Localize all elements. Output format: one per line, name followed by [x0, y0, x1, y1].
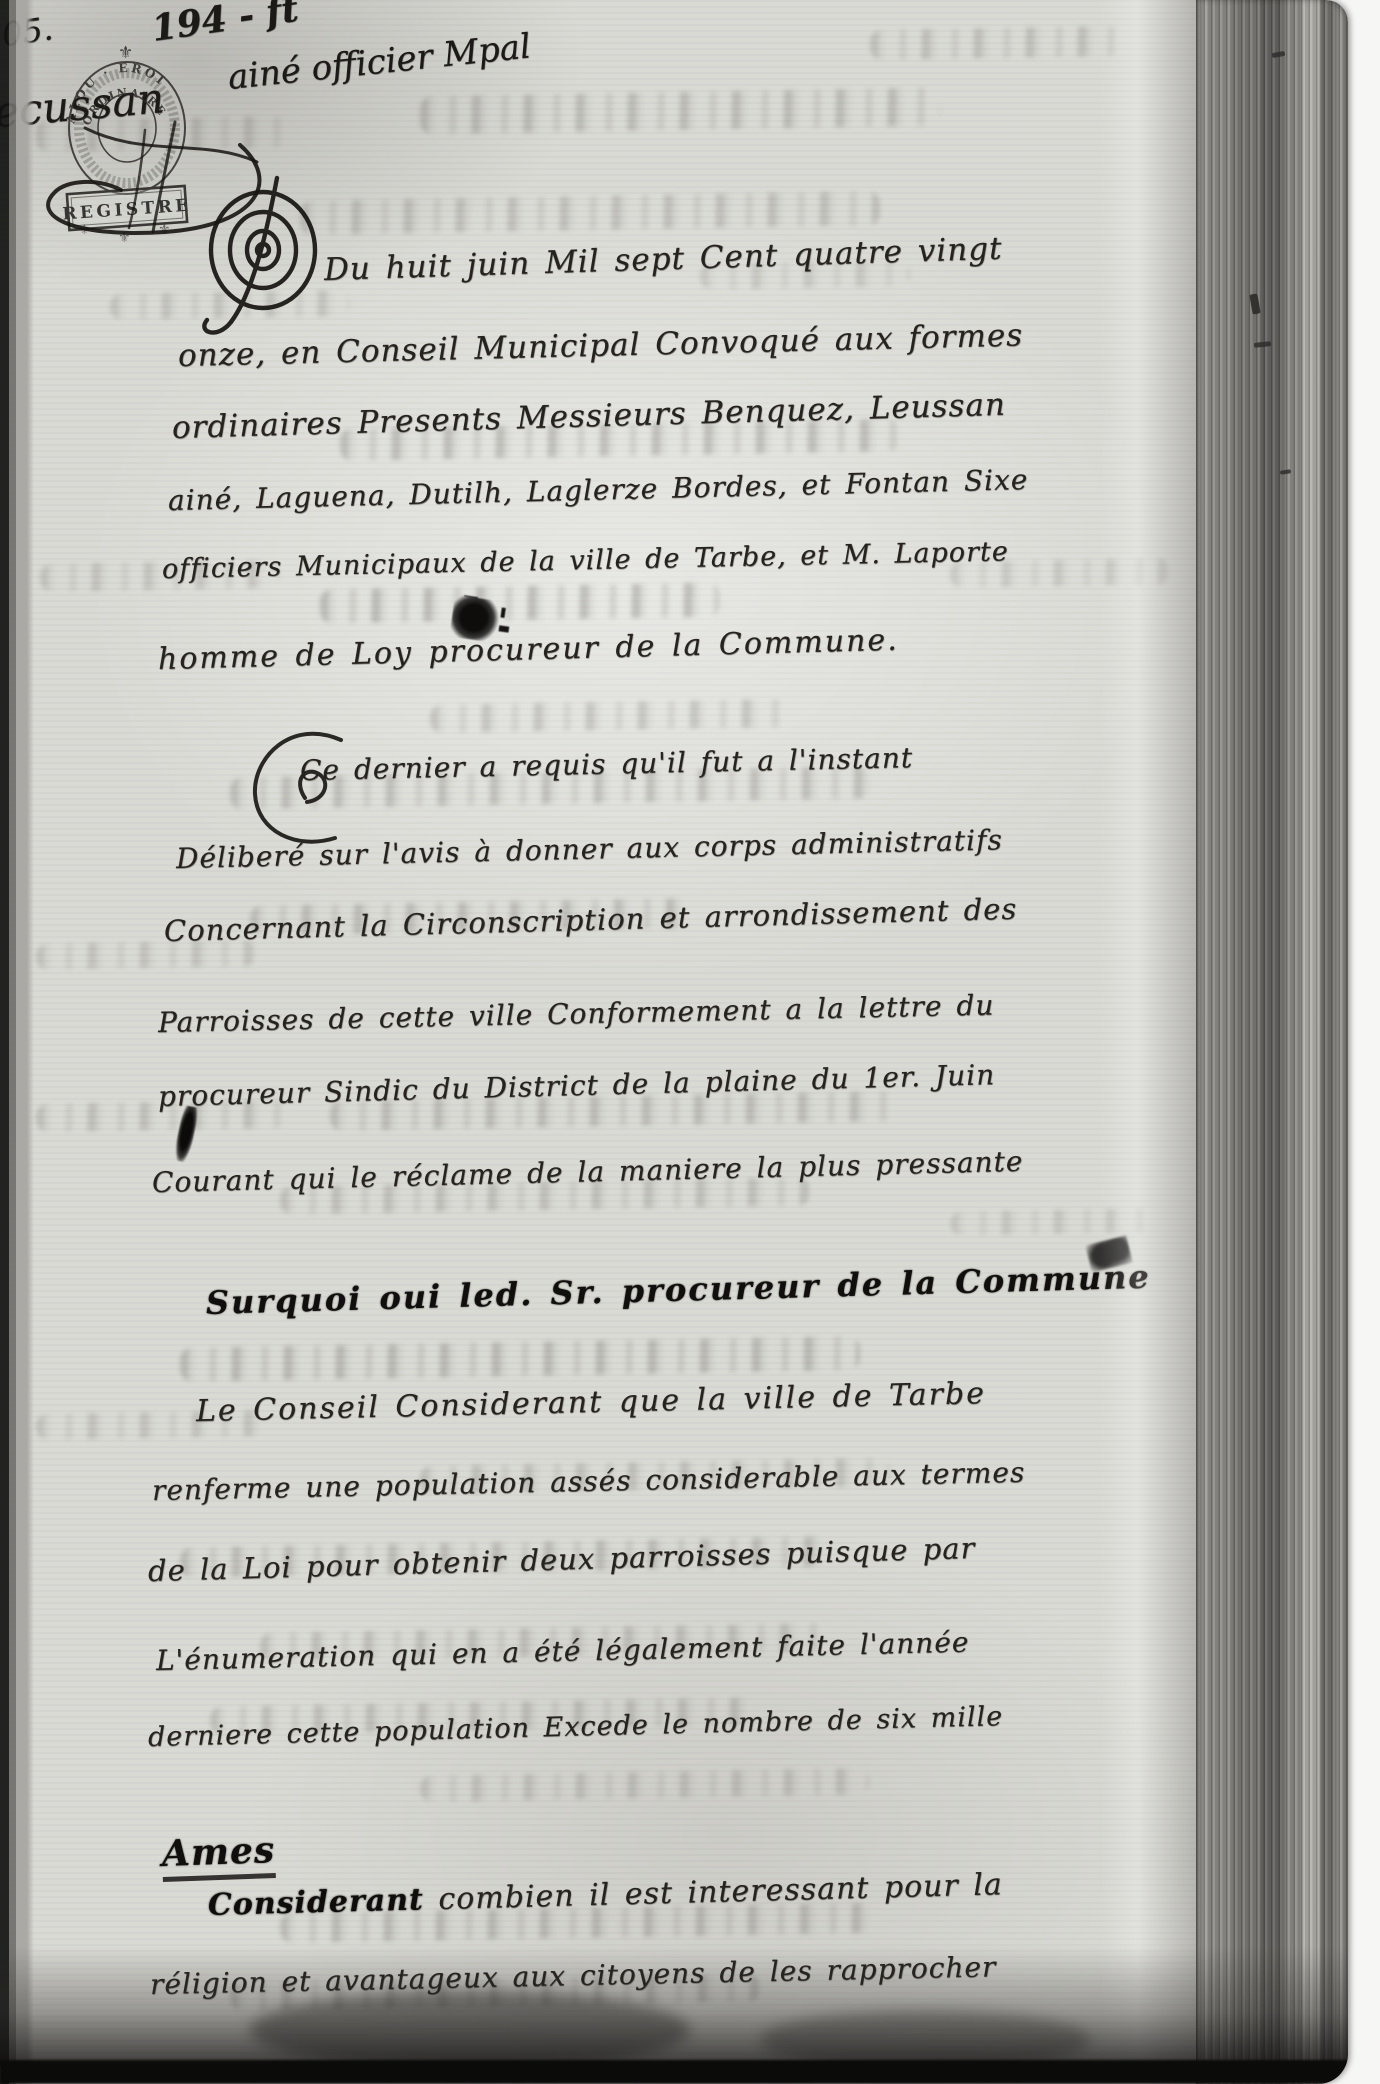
- binding-gutter-edge: [0, 0, 34, 2084]
- manuscript-line: Ames: [161, 1829, 276, 1875]
- page-curvature-shading: [1100, 0, 1206, 2084]
- svg-text:ALOU · EROI: ALOU · EROI: [63, 61, 169, 126]
- archival-scan: { "scan": { "colors": { "ink": "#26231f"…: [0, 0, 1380, 2084]
- bottom-scan-band: [0, 2060, 1348, 2084]
- underlined-word: Ames: [161, 1829, 276, 1882]
- bottom-scan-shadow: [0, 1946, 1348, 2066]
- register-book-page: 05. 194 - ft ecussan ainé officier Mpal …: [0, 0, 1348, 2084]
- book-fore-edge: [1196, 0, 1348, 2084]
- initial-c-flourish: [243, 718, 368, 858]
- emphasized-word: Considerant: [208, 1882, 425, 1923]
- ink-blot: [449, 595, 502, 643]
- bleedthrough-ghost: [320, 583, 721, 624]
- bleedthrough-ghost: [870, 26, 1120, 60]
- initial-d-flourish: [185, 172, 345, 342]
- fleur-de-lis-icon: ⚜: [118, 43, 133, 63]
- stamp-outer-text: ALOU · EROI: [63, 61, 169, 126]
